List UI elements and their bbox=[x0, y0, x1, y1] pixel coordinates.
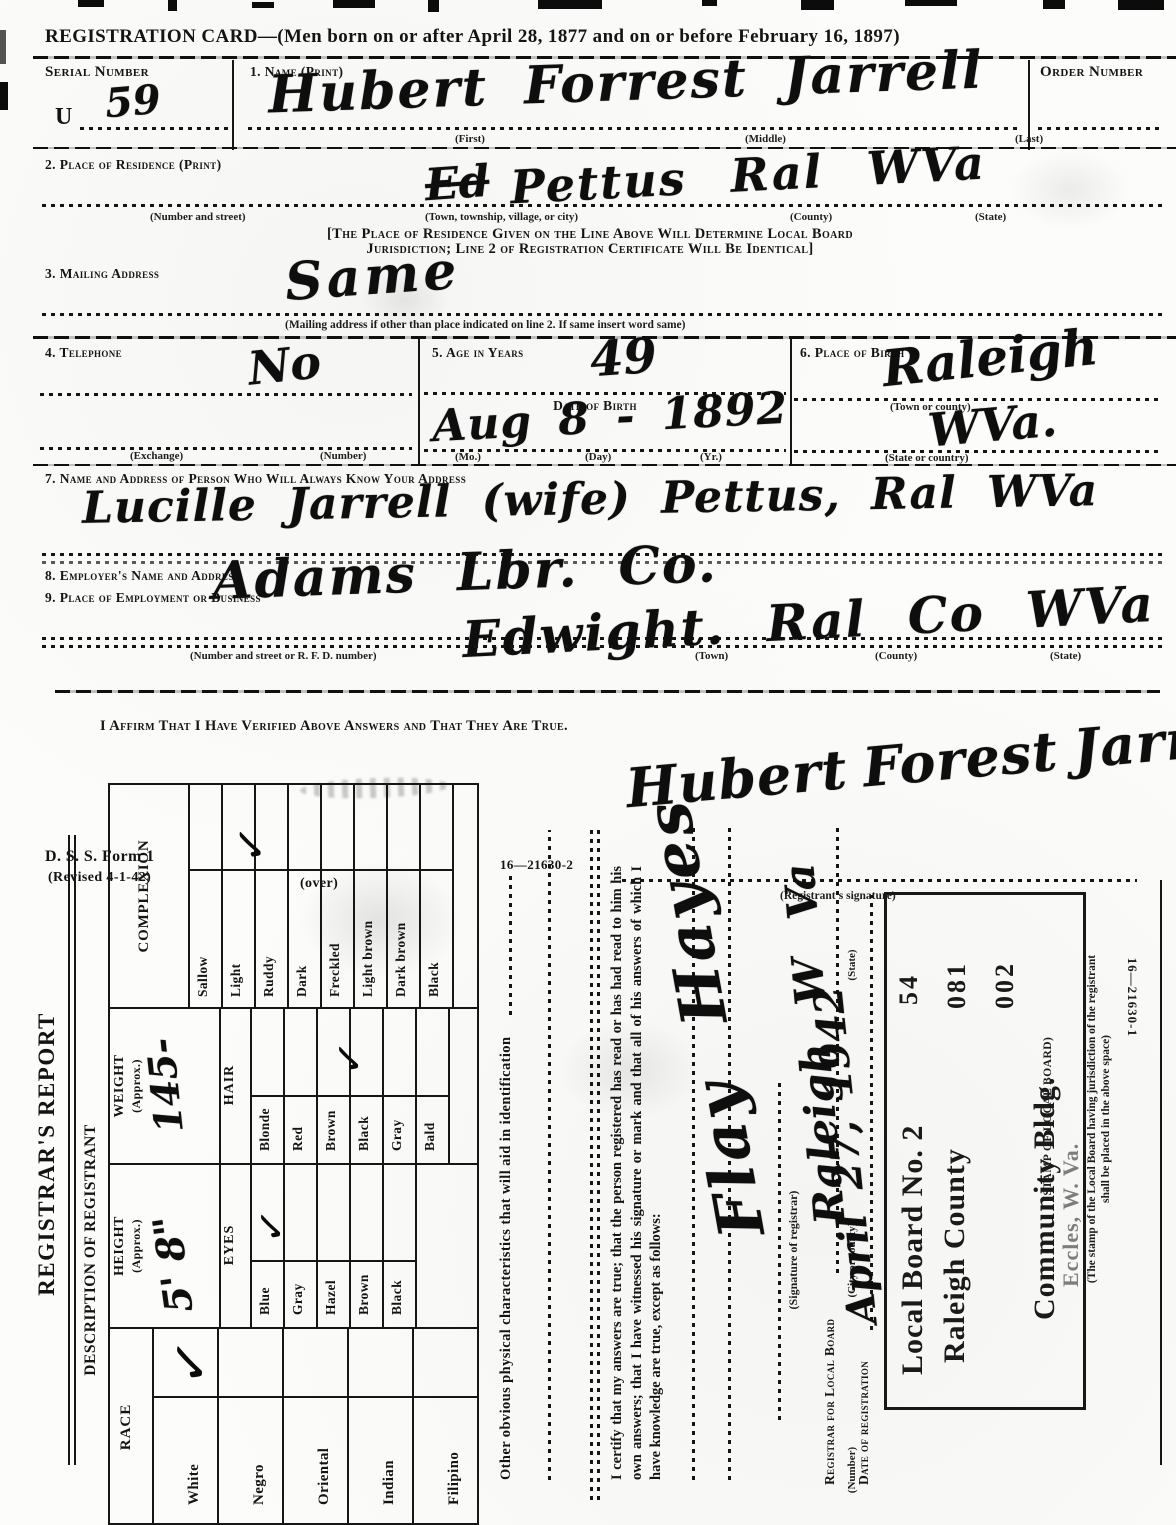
table-line bbox=[221, 783, 223, 1009]
rule bbox=[55, 690, 1160, 693]
back-print-code: 16—21630-1 bbox=[1124, 958, 1140, 1037]
state-sublabel: (State) bbox=[975, 211, 1006, 223]
table-line bbox=[152, 1329, 154, 1525]
employment-label: 9. Place of Employment or Business bbox=[45, 590, 261, 606]
height-approx: (Approx.) bbox=[129, 1165, 144, 1327]
table-line bbox=[250, 1260, 417, 1262]
birth-town-value: Raleigh bbox=[880, 317, 1101, 398]
description-subtitle: DESCRIPTION OF REGISTRANT bbox=[82, 1050, 100, 1450]
order-number-label: Order Number bbox=[1040, 64, 1143, 81]
complexion-option-ruddy: Ruddy bbox=[261, 956, 277, 997]
race-checkmark-icon: ✓ bbox=[160, 1335, 221, 1389]
scan-artifact bbox=[0, 30, 6, 64]
eyes-option-hazel: Hazel bbox=[323, 1280, 339, 1315]
stamp-county-line: Raleigh County bbox=[938, 1148, 972, 1363]
residence-struck: Ed bbox=[423, 156, 491, 211]
table-line bbox=[386, 783, 388, 1009]
telephone-label: 4. Telephone bbox=[45, 345, 122, 361]
complexion-option-sallow: Sallow bbox=[195, 956, 211, 997]
employer-label: 8. Employer's Name and Address bbox=[45, 568, 239, 584]
table-line bbox=[250, 1009, 252, 1329]
table-line bbox=[283, 1009, 285, 1165]
rule bbox=[33, 147, 1176, 149]
birth-state-line bbox=[794, 450, 1162, 453]
stamp-note-line2: shall be placed in the above space) bbox=[1100, 873, 1112, 1365]
scan-artifact bbox=[428, 0, 439, 12]
first-sublabel: (First) bbox=[455, 133, 485, 145]
table-line bbox=[412, 1329, 414, 1525]
residence-line bbox=[42, 204, 1162, 207]
race-option-white: White bbox=[186, 1464, 203, 1505]
town-sublabel: (Town, township, village, or city) bbox=[425, 211, 578, 223]
hair-option-gray: Gray bbox=[389, 1119, 405, 1151]
complexion-option-dark-brown: Dark brown bbox=[393, 922, 409, 997]
age-label: 5. Age in Years bbox=[432, 345, 524, 361]
eyes-option-blue: Blue bbox=[257, 1287, 273, 1315]
cell-divider bbox=[418, 338, 420, 465]
table-line bbox=[283, 1165, 285, 1329]
eyes-checkmark-icon: ✓ bbox=[250, 1207, 294, 1246]
weight-header: WEIGHT bbox=[112, 1009, 128, 1163]
employment-line bbox=[42, 645, 1162, 648]
stamp-number-1: 54 bbox=[894, 973, 924, 1005]
age-value: 49 bbox=[588, 328, 659, 389]
employment-state-sublabel: (State) bbox=[1050, 650, 1081, 662]
complexion-option-freckled: Freckled bbox=[327, 943, 343, 997]
double-rule bbox=[74, 835, 76, 1465]
table-line bbox=[108, 783, 479, 785]
hair-header: HAIR bbox=[222, 1007, 238, 1163]
other-characteristics-label: Other obvious physical characteristics t… bbox=[498, 1037, 515, 1480]
hair-option-red: Red bbox=[290, 1127, 306, 1151]
table-line bbox=[316, 1009, 318, 1165]
birth-state-value: WVa. bbox=[926, 392, 1059, 457]
draft-registration-card-scan: REGISTRATION CARD—(Men born on or after … bbox=[0, 0, 1176, 1525]
back-card-wrapper: REGISTRAR'S REPORT DESCRIPTION OF REGIST… bbox=[0, 780, 1176, 1525]
jurisdiction-note-line2: Jurisdiction; Line 2 of Registration Cer… bbox=[45, 241, 1135, 258]
cell-divider bbox=[790, 338, 792, 465]
day-sublabel: (Day) bbox=[585, 451, 611, 463]
name-value: Hubert Forrest Jarrell bbox=[267, 40, 984, 126]
double-rule bbox=[68, 835, 70, 1465]
eyes-option-brown: Brown bbox=[356, 1274, 372, 1315]
stamp-board-line: Local Board No. 2 bbox=[896, 1125, 930, 1375]
table-line bbox=[254, 783, 256, 1009]
employment-street-sublabel: (Number and street or R. F. D. number) bbox=[190, 650, 377, 662]
height-value: 5' 8" bbox=[143, 1213, 201, 1316]
scan-artifact bbox=[538, 0, 602, 9]
table-line bbox=[152, 1396, 479, 1398]
stamp-number-2: 081 bbox=[942, 961, 972, 1009]
stamp-number-3: 002 bbox=[990, 961, 1020, 1009]
stamp-of-local-board-label: (STAMP OF LOCAL BOARD) bbox=[1042, 1037, 1054, 1200]
serial-line bbox=[80, 127, 228, 130]
scan-artifact bbox=[801, 0, 834, 10]
table-line bbox=[347, 1329, 349, 1525]
middle-sublabel: (Middle) bbox=[745, 133, 786, 145]
table-line bbox=[108, 1007, 479, 1009]
complexion-option-black: Black bbox=[426, 962, 442, 997]
hair-checkmark-icon: ✓ bbox=[328, 1039, 372, 1078]
eyes-header: EYES bbox=[222, 1163, 238, 1327]
race-option-oriental: Oriental bbox=[316, 1448, 333, 1505]
table-line bbox=[287, 783, 289, 1009]
table-line bbox=[219, 1009, 221, 1329]
rule bbox=[33, 464, 1176, 466]
blank-line bbox=[597, 825, 600, 1500]
race-option-indian: Indian bbox=[381, 1460, 398, 1505]
hair-option-black: Black bbox=[356, 1116, 372, 1151]
registration-date-label: Date of registration bbox=[856, 1361, 872, 1485]
table-line bbox=[452, 783, 454, 1009]
scan-artifact bbox=[252, 2, 274, 8]
registrars-report-title: REGISTRAR'S REPORT bbox=[34, 783, 60, 1525]
table-line bbox=[415, 1009, 417, 1165]
mailing-value: Same bbox=[283, 240, 462, 313]
hair-option-bald: Bald bbox=[422, 1122, 438, 1151]
back-card: REGISTRAR'S REPORT DESCRIPTION OF REGIST… bbox=[0, 780, 1176, 1525]
mailing-label: 3. Mailing Address bbox=[45, 266, 159, 282]
table-line bbox=[282, 1329, 284, 1525]
table-line bbox=[353, 783, 355, 1009]
hair-option-blonde: Blonde bbox=[257, 1108, 273, 1151]
birth-state-sublabel: (State or country) bbox=[885, 452, 969, 464]
registrar-signature-line bbox=[778, 1080, 781, 1420]
table-line bbox=[316, 1165, 318, 1329]
telephone-value: No bbox=[245, 334, 323, 395]
blank-line bbox=[590, 825, 593, 1500]
yr-sublabel: (Yr.) bbox=[700, 451, 722, 463]
complexion-option-dark: Dark bbox=[294, 965, 310, 997]
serial-prefix: U bbox=[55, 104, 73, 131]
table-line bbox=[448, 1009, 450, 1165]
affirmation-text: I Affirm That I Have Verified Above Answ… bbox=[100, 718, 568, 735]
complexion-option-light: Light bbox=[228, 963, 244, 997]
county-sublabel: (County) bbox=[790, 211, 832, 223]
scan-artifact bbox=[702, 0, 717, 6]
mailing-line bbox=[42, 313, 1162, 316]
scan-artifact bbox=[333, 0, 375, 8]
table-line bbox=[415, 1165, 417, 1329]
scan-artifact bbox=[78, 0, 104, 7]
complexion-checkmark-icon: ✓ bbox=[228, 823, 277, 866]
table-line bbox=[188, 783, 190, 1009]
serial-number-value: 59 bbox=[103, 76, 163, 128]
mo-sublabel: (Mo.) bbox=[455, 451, 481, 463]
residence-label: 2. Place of Residence (Print) bbox=[45, 157, 221, 173]
table-line bbox=[320, 783, 322, 1009]
scan-artifact bbox=[0, 82, 8, 110]
table-line bbox=[108, 1327, 479, 1329]
employment-county-sublabel: (County) bbox=[875, 650, 917, 662]
height-header: HEIGHT bbox=[112, 1165, 128, 1327]
eyes-option-gray: Gray bbox=[290, 1283, 306, 1315]
table-line bbox=[108, 1163, 479, 1165]
name-line bbox=[248, 127, 1022, 130]
table-line bbox=[349, 1165, 351, 1329]
complexion-header: COMPLEXION bbox=[136, 783, 153, 1009]
number-sublabel: (Number) bbox=[320, 450, 366, 462]
edge-rule bbox=[1160, 880, 1162, 1465]
stamp-note-line1: (The stamp of the Local Board having jur… bbox=[1086, 873, 1098, 1365]
employment-town-sublabel: (Town) bbox=[695, 650, 728, 662]
table-line bbox=[349, 1009, 351, 1165]
stamp-city-line: Eccles, W. Va. bbox=[1058, 1143, 1084, 1287]
race-header: RACE bbox=[118, 1329, 135, 1525]
telephone-line bbox=[40, 393, 412, 396]
cell-divider bbox=[232, 60, 234, 150]
table-line bbox=[382, 1009, 384, 1165]
weight-value: 145- bbox=[137, 1036, 192, 1135]
registrar-board-label: Registrar for Local Board bbox=[822, 1319, 838, 1485]
scan-artifact bbox=[1043, 0, 1065, 9]
scan-artifact bbox=[905, 0, 957, 6]
last-sublabel: (Last) bbox=[1015, 133, 1043, 145]
street-sublabel: (Number and street) bbox=[150, 211, 246, 223]
table-line bbox=[477, 783, 479, 1525]
other-leader bbox=[509, 873, 512, 1015]
scan-artifact bbox=[1118, 0, 1164, 10]
race-option-negro: Negro bbox=[251, 1464, 268, 1505]
card-title: REGISTRATION CARD—(Men born on or after … bbox=[45, 26, 900, 48]
table-line bbox=[382, 1165, 384, 1329]
hair-option-brown: Brown bbox=[323, 1110, 339, 1151]
table-line bbox=[419, 783, 421, 1009]
race-option-filipino: Filipino bbox=[446, 1452, 463, 1505]
order-line bbox=[1038, 127, 1164, 130]
blank-line bbox=[548, 830, 551, 1480]
scan-artifact bbox=[168, 0, 177, 11]
table-line bbox=[108, 783, 110, 1525]
smudge bbox=[1010, 150, 1130, 230]
complexion-option-light-brown: Light brown bbox=[360, 920, 376, 997]
eyes-option-black: Black bbox=[389, 1280, 405, 1315]
exchange-sublabel: (Exchange) bbox=[130, 450, 183, 462]
